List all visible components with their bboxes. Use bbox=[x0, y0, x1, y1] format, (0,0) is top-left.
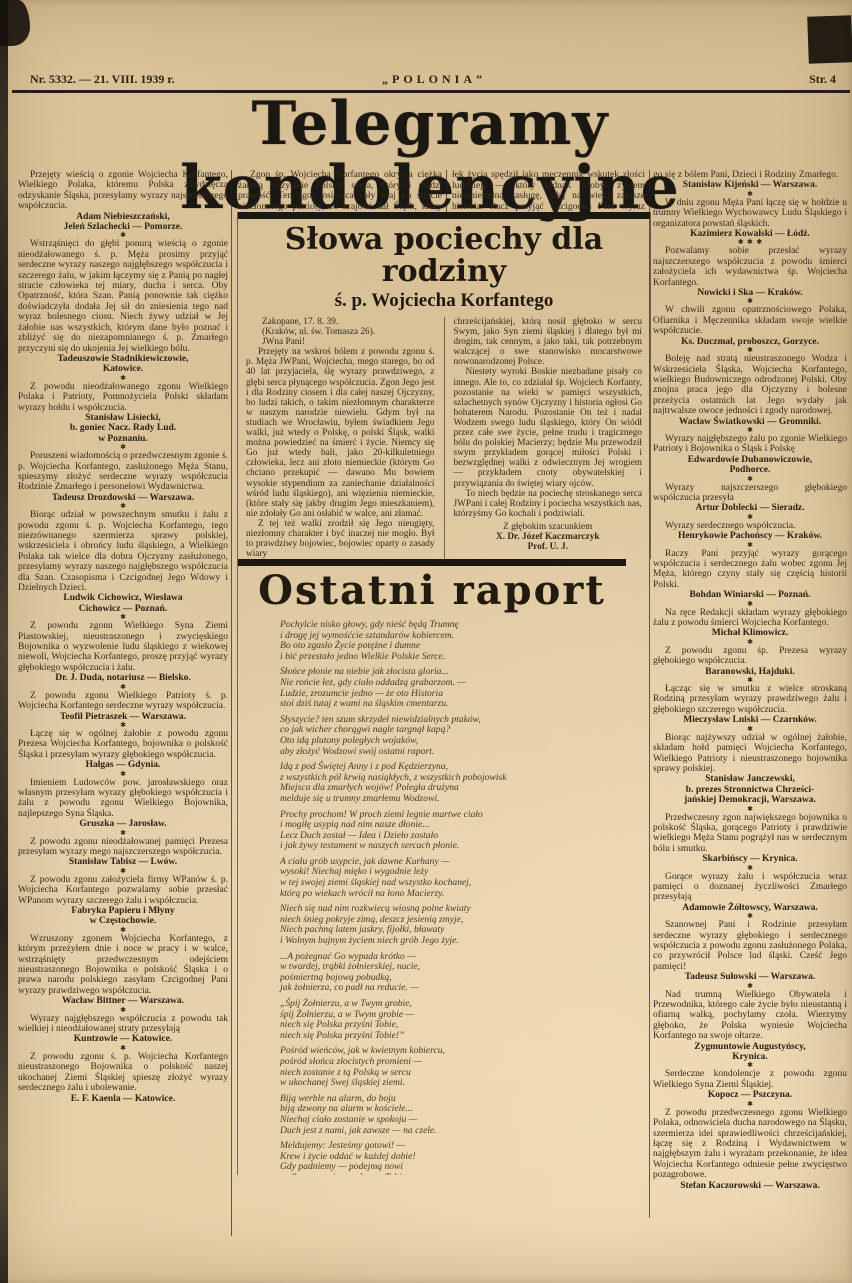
poem-stanza: Słońce płonie na niebie jak złocista glo… bbox=[280, 667, 626, 709]
star-separator: ✱ bbox=[653, 514, 847, 521]
star-separator: ✱ bbox=[653, 542, 847, 549]
telegram-text: Biorąc udział w powszechnym smutku i żal… bbox=[18, 510, 228, 593]
telegram-text: Łączę się w ogólnej żałobie z powodu zgo… bbox=[18, 729, 228, 760]
letter-paragraph: Zakopane, 17. 8. 39. bbox=[262, 317, 435, 327]
telegram-item: go się z bólem Pani, Dzieci i Rodziny Zm… bbox=[653, 170, 847, 198]
telegram-item: Z powodu zgonu założyciela firmy WPanów … bbox=[18, 875, 228, 934]
poem-stanza: ...A pożegnać Go wypada krótko —w twarde… bbox=[280, 952, 626, 994]
letter-paragraph: JWna Pani! bbox=[262, 337, 435, 347]
star-separator: ✱ bbox=[653, 865, 847, 872]
telegram-item: Szanownej Pani i Rodzinie przesyłam serd… bbox=[653, 920, 847, 989]
telegram-column-left: Przejęty wieścią o zgonie Wojciecha Korf… bbox=[18, 170, 228, 1275]
intro-column-3: łek życia spędził jako męczennik wskutek… bbox=[452, 170, 645, 218]
star-separator: ✱ bbox=[653, 677, 847, 684]
poem-line: pośród słońca złocistych promieni — bbox=[280, 1057, 626, 1068]
scan-blot-top-left bbox=[0, 0, 30, 46]
column-rule-2 bbox=[446, 170, 447, 214]
poem-stanza: Meldujemy: Jesteśmy gotowi! —Krew i życi… bbox=[280, 1141, 626, 1175]
poem-line: i jak żywy testament w naszych sercach p… bbox=[280, 841, 626, 852]
telegram-item: Przedwczesny zgon największego bojownika… bbox=[653, 813, 847, 872]
poem-stanza: Idą z pod Świętej Anny i z pod Kędzierzy… bbox=[280, 762, 626, 804]
poem-line: i Wolnym bujnym życiem niech grób Jego ż… bbox=[280, 936, 626, 947]
telegram-text: Boleję nad stratą nieustraszonego Wodza … bbox=[653, 354, 847, 416]
telegram-text: Biorąc najżywszy udział w ogólnej żałobi… bbox=[653, 733, 847, 775]
telegram-item: Łącząc się w smutku z wielce stroskaną R… bbox=[653, 684, 847, 733]
telegram-item: Wzruszony zgonem Wojciecha Korfantego, z… bbox=[18, 934, 228, 1014]
telegram-text: Wyrazy najszczerszego głębokiego współcz… bbox=[653, 483, 847, 504]
star-separator: ✱ bbox=[18, 1007, 228, 1014]
telegram-item: Z powodu zgonu śp. Prezesa wyrazy głębok… bbox=[653, 646, 847, 684]
star-separator: ✱ ✱ ✱ bbox=[653, 239, 847, 246]
letter-box-title: Słowa pociechy dla rodziny bbox=[238, 224, 650, 288]
telegram-text: Szanownej Pani i Rodzinie przesyłam serd… bbox=[653, 920, 847, 972]
telegram-signature: Stanisław Lisiecki, bbox=[18, 413, 228, 423]
telegram-item: Przejęty wieścią o zgonie Wojciecha Korf… bbox=[18, 170, 228, 239]
page-number: Str. 4 bbox=[809, 72, 836, 87]
scan-blot-top-right bbox=[807, 15, 852, 64]
poem-stanza: Niech się nad nim rozkwiecą wiosną polne… bbox=[280, 904, 626, 946]
telegram-text: Przejęty wieścią o zgonie Wojciecha Korf… bbox=[18, 170, 228, 212]
box-top-bar bbox=[238, 212, 650, 219]
telegram-item: Poruszeni wiadomością o przedwczesnym zg… bbox=[18, 451, 228, 510]
letter-paragraph: X. Dr. Józef Kaczmarczyk bbox=[454, 532, 643, 542]
telegram-text: Gorące wyrazy żalu i współczucia wraz pa… bbox=[653, 872, 847, 903]
poem-line: walkę po nas i sztandar po Tobie. bbox=[280, 1173, 626, 1175]
paper-title: „POLONIA” bbox=[30, 72, 838, 87]
telegram-text: Z powodu zgonu założyciela firmy WPanów … bbox=[18, 875, 228, 906]
telegram-signature: Zygmuntowie Augustyńscy, bbox=[653, 1042, 847, 1052]
letter-column-right: chrześcijańskiej, którą nosił głęboko w … bbox=[444, 317, 643, 559]
poem-line: aby złożyć Wodzowi swój ostatni raport. bbox=[280, 747, 626, 758]
telegram-text: Pozwalamy sobie przesłać wyrazy najszcze… bbox=[653, 246, 847, 288]
telegram-text: Wyrazy serdecznego współczucia. bbox=[653, 521, 847, 531]
star-separator: ✱ bbox=[18, 722, 228, 729]
star-separator: ✱ bbox=[653, 726, 847, 733]
letter-paragraph: Przejęty na wskroś bólem z powodu zgonu … bbox=[246, 347, 435, 519]
telegram-item: Wyrazy najgłębszego żalu po zgonie Wielk… bbox=[653, 434, 847, 483]
poem-box: Ostatni raport Pochylcie nisko głowy, gd… bbox=[237, 559, 626, 1175]
poem-line: stoi dziś tutaj z wami na śląskim cmenta… bbox=[280, 699, 626, 710]
telegram-item: Wyrazy serdecznego współczucia.Henrykowi… bbox=[653, 521, 847, 549]
telegram-text: Z powodu zgonu nieodżałowanej pamięci Pr… bbox=[18, 837, 228, 858]
telegram-signature: E. F. Kaenla — Katowice. bbox=[18, 1094, 228, 1104]
poem-stanza: Pochylcie nisko głowy, gdy nieść będą Tr… bbox=[280, 620, 626, 662]
letter-paragraph: Z tej też walki zrodził się Jego nieugię… bbox=[246, 519, 435, 559]
telegram-signature: Gruszka — Jarosław. bbox=[18, 819, 228, 829]
telegram-text: go się z bólem Pani, Dzieci i Rodziny Zm… bbox=[653, 170, 847, 180]
telegram-signature: Skarbińscy — Krynica. bbox=[653, 854, 847, 864]
poem-line: Duch jest z nami, jak zawsze — na czele. bbox=[280, 1126, 626, 1137]
poem-line: niech się Polska przyśni Tobie!” bbox=[280, 1031, 626, 1042]
star-separator: ✱ bbox=[653, 913, 847, 920]
telegram-text: Na ręce Redakcji składam wyrazy głębokie… bbox=[653, 608, 847, 629]
telegram-item: W chwili zgonu opatrznościowego Polaka, … bbox=[653, 305, 847, 354]
telegram-item: Nad trumną Wielkiego Obywatela i Przewod… bbox=[653, 990, 847, 1070]
telegram-text: Z powodu zgonu Wielkiego Syna Ziemi Pias… bbox=[18, 621, 228, 673]
intro-text-part-1: Zgon śp. Wojciecha Korfantego okrywa cię… bbox=[238, 170, 442, 218]
telegram-text: W dniu zgonu Męża Pani łączę się w hołdz… bbox=[653, 198, 847, 229]
intro-text-part-2: łek życia spędził jako męczennik wskutek… bbox=[452, 170, 645, 218]
column-rule-1 bbox=[231, 170, 232, 1236]
poem-stanza: Prochy prochom! W proch ziemi legnie mar… bbox=[280, 810, 626, 852]
telegram-item: Pozwalamy sobie przesłać wyrazy najszcze… bbox=[653, 246, 847, 305]
letter-columns: Zakopane, 17. 8. 39.(Kraków, ul. św. Tom… bbox=[238, 317, 650, 559]
star-separator: ✱ bbox=[18, 1045, 228, 1052]
telegram-item: Z powodu zgonu nieodżałowanej pamięci Pr… bbox=[18, 837, 228, 875]
poem-title: Ostatni raport bbox=[238, 570, 626, 612]
letter-paragraph: (Kraków, ul. św. Tomasza 26). bbox=[262, 327, 435, 337]
star-separator: ✱ bbox=[653, 806, 847, 813]
letter-paragraph: To niech będzie na pociechę stroskanego … bbox=[454, 489, 643, 519]
telegram-item: Gorące wyrazy żalu i współczucia wraz pa… bbox=[653, 872, 847, 921]
star-separator: ✱ bbox=[18, 868, 228, 875]
telegram-item: Biorąc udział w powszechnym smutku i żal… bbox=[18, 510, 228, 621]
letter-paragraph: Prof. U. J. bbox=[454, 542, 643, 552]
telegram-item: Biorąc najżywszy udział w ogólnej żałobi… bbox=[653, 733, 847, 813]
letter-paragraph: chrześcijańskiej, którą nosił głęboko w … bbox=[454, 317, 643, 367]
poem-stanza: Słyszycie? ten szum skrzydeł niewidzialn… bbox=[280, 715, 626, 757]
telegram-column-right: go się z bólem Pani, Dzieci i Rodziny Zm… bbox=[653, 170, 847, 1280]
masthead: Nr. 5332. — 21. VIII. 1939 r. „POLONIA” … bbox=[30, 72, 838, 88]
telegram-signature: jańskiej Demokracji, Warszawa. bbox=[653, 795, 847, 805]
telegram-item: Z powodu zgonu ś. p. Wojciecha Korfanteg… bbox=[18, 1052, 228, 1104]
star-separator: ✱ bbox=[18, 684, 228, 691]
telegram-text: Imieniem Ludowców pow. jarosławskiego or… bbox=[18, 778, 228, 820]
telegram-text: Wzruszony zgonem Wojciecha Korfantego, z… bbox=[18, 934, 228, 996]
telegram-text: Z powodu zgonu ś. p. Wojciecha Korfanteg… bbox=[18, 1052, 228, 1094]
star-separator: ✱ bbox=[653, 1101, 847, 1108]
telegram-item: Z powodu nieodżałowanego zgonu Wielkiego… bbox=[18, 382, 228, 451]
telegram-item: Wyrazy najszczerszego głębokiego współcz… bbox=[653, 483, 847, 521]
poem-body: Pochylcie nisko głowy, gdy nieść będą Tr… bbox=[280, 620, 626, 1175]
newspaper-page: Nr. 5332. — 21. VIII. 1939 r. „POLONIA” … bbox=[0, 0, 852, 1283]
telegram-text: W chwili zgonu opatrznościowego Polaka, … bbox=[653, 305, 847, 336]
telegram-signature: b. prezes Stronnictwa Chrześci- bbox=[653, 785, 847, 795]
poem-line: „Śpij Żołnierzu, a w Twym grobie, bbox=[280, 999, 626, 1010]
star-separator: ✱ bbox=[18, 232, 228, 239]
star-separator: ✱ bbox=[653, 347, 847, 354]
star-separator: ✱ bbox=[653, 191, 847, 198]
star-separator: ✱ bbox=[653, 639, 847, 646]
poem-line: Pochylcie nisko głowy, gdy nieść będą Tr… bbox=[280, 620, 626, 631]
poem-line: Nie rońcie łez, gdy ciało oddadzą grabar… bbox=[280, 678, 626, 689]
telegram-text: Poruszeni wiadomością o przedwczesnym zg… bbox=[18, 451, 228, 493]
telegram-signature: Ludwik Cichowicz, Wiesława bbox=[18, 593, 228, 603]
poem-stanza: Pośród wieńców, jak w kwietnym kobiercu,… bbox=[280, 1046, 626, 1088]
poem-line: jak żołnierza, co padł na reducie. — bbox=[280, 983, 626, 994]
telegram-text: Wyrazy najgłębszego współczucia z powodu… bbox=[18, 1014, 228, 1035]
telegram-text: Raczy Pani przyjąć wyrazy gorącego współ… bbox=[653, 549, 847, 591]
letter-box-subtitle: ś. p. Wojciecha Korfantego bbox=[238, 290, 650, 311]
telegram-signature: Edwardowie Dubanowiczowie, bbox=[653, 455, 847, 465]
telegram-text: Przedwczesny zgon największego bojownika… bbox=[653, 813, 847, 855]
poem-line: Niechaj ciało zostanie w spokoju — bbox=[280, 1115, 626, 1126]
telegram-item: Z powodu zgonu Wielkiego Patrioty ś. p. … bbox=[18, 691, 228, 729]
box-top-bar bbox=[238, 559, 626, 566]
star-separator: ✱ bbox=[653, 601, 847, 608]
poem-stanza: „Śpij Żołnierzu, a w Twym grobie,śpij Żo… bbox=[280, 999, 626, 1041]
telegram-item: Wyrazy najgłębszego współczucia z powodu… bbox=[18, 1014, 228, 1052]
intro-column-2: Zgon śp. Wojciecha Korfantego okrywa cię… bbox=[238, 170, 442, 218]
telegram-signature: Stefan Kaczorowski — Warszawa. bbox=[653, 1181, 847, 1191]
telegram-item: Z powodu zgonu Wielkiego Syna Ziemi Pias… bbox=[18, 621, 228, 690]
condolence-letter-box: Słowa pociechy dla rodziny ś. p. Wojciec… bbox=[237, 212, 651, 559]
star-separator: ✱ bbox=[18, 771, 228, 778]
telegram-text: Z powodu zgonu Wielkiego Patrioty ś. p. … bbox=[18, 691, 228, 712]
telegram-item: Imieniem Ludowców pow. jarosławskiego or… bbox=[18, 778, 228, 837]
telegram-text: Z powodu przedwczesnego zgonu Wielkiego … bbox=[653, 1108, 847, 1181]
telegram-text: Z powodu zgonu śp. Prezesa wyrazy głębok… bbox=[653, 646, 847, 667]
poem-stanza: Biją werble na alarm, do bojubiją dzwony… bbox=[280, 1094, 626, 1136]
scan-edge-ink-bar bbox=[0, 0, 8, 1283]
poem-line: w ukochanej Swej śląskiej ziemi. bbox=[280, 1078, 626, 1089]
star-separator: ✱ bbox=[18, 444, 228, 451]
letter-paragraph: Niestety wyroki Boskie niezbadane pisały… bbox=[454, 367, 643, 488]
poem-stanza: A ciału grób usypcie, jak dawne Kurhany … bbox=[280, 857, 626, 899]
poem-line: i bić przestało jedno Wielkie Polskie Se… bbox=[280, 652, 626, 663]
letter-column-left: Zakopane, 17. 8. 39.(Kraków, ul. św. Tom… bbox=[246, 317, 444, 559]
telegram-signature: b. goniec Nacz. Rady Lud. bbox=[18, 423, 228, 433]
star-separator: ✱ bbox=[653, 427, 847, 434]
star-separator: ✱ bbox=[653, 298, 847, 305]
telegram-text: Nad trumną Wielkiego Obywatela i Przewod… bbox=[653, 990, 847, 1042]
telegram-item: Na ręce Redakcji składam wyrazy głębokie… bbox=[653, 608, 847, 646]
telegram-signature: Stanisław Janczewski, bbox=[653, 774, 847, 784]
telegram-item: Z powodu przedwczesnego zgonu Wielkiego … bbox=[653, 1108, 847, 1191]
telegram-text: Serdeczne kondolencje z powodu zgonu Wie… bbox=[653, 1069, 847, 1090]
telegram-text: Z powodu nieodżałowanego zgonu Wielkiego… bbox=[18, 382, 228, 413]
telegram-text: Łącząc się w smutku z wielce stroskaną R… bbox=[653, 684, 847, 715]
telegram-signature: Podhorce. bbox=[653, 465, 847, 475]
star-separator: ✱ bbox=[18, 830, 228, 837]
telegram-item: Boleję nad stratą nieustraszonego Wodza … bbox=[653, 354, 847, 434]
telegram-item: W dniu zgonu Męża Pani łączę się w hołdz… bbox=[653, 198, 847, 247]
star-separator: ✱ bbox=[653, 983, 847, 990]
telegram-signature: Tadeuszowie Stadnikiewiczowie, bbox=[18, 354, 228, 364]
star-separator: ✱ bbox=[653, 1062, 847, 1069]
telegram-signature: Fabryka Papieru i Młyny bbox=[18, 906, 228, 916]
letter-paragraph: Z głębokim szacunkiem bbox=[454, 522, 643, 532]
star-separator: ✱ bbox=[18, 503, 228, 510]
telegram-item: Raczy Pani przyjąć wyrazy gorącego współ… bbox=[653, 549, 847, 608]
telegram-item: Serdeczne kondolencje z powodu zgonu Wie… bbox=[653, 1069, 847, 1107]
telegram-item: Łączę się w ogólnej żałobie z powodu zgo… bbox=[18, 729, 228, 778]
star-separator: ✱ bbox=[18, 614, 228, 621]
telegram-item: Wstrząśnięci do głębi ponurą wieścią o z… bbox=[18, 239, 228, 381]
telegram-signature: Adam Niebieszczański, bbox=[18, 212, 228, 222]
star-separator: ✱ bbox=[18, 375, 228, 382]
poem-line: którą po wiekach wrócił na łono Macierzy… bbox=[280, 889, 626, 900]
telegram-text: Wstrząśnięci do głębi ponurą wieścią o z… bbox=[18, 239, 228, 353]
poem-line: melduje się u trumny zmarłemu Wodzowi. bbox=[280, 794, 626, 805]
star-separator: ✱ bbox=[18, 927, 228, 934]
telegram-signature: Hałgas — Gdynia. bbox=[18, 760, 228, 770]
poem-line: Oto idą plutony poległych wojaków, bbox=[280, 736, 626, 747]
telegram-text: Wyrazy najgłębszego żalu po zgonie Wielk… bbox=[653, 434, 847, 455]
star-separator: ✱ bbox=[653, 476, 847, 483]
